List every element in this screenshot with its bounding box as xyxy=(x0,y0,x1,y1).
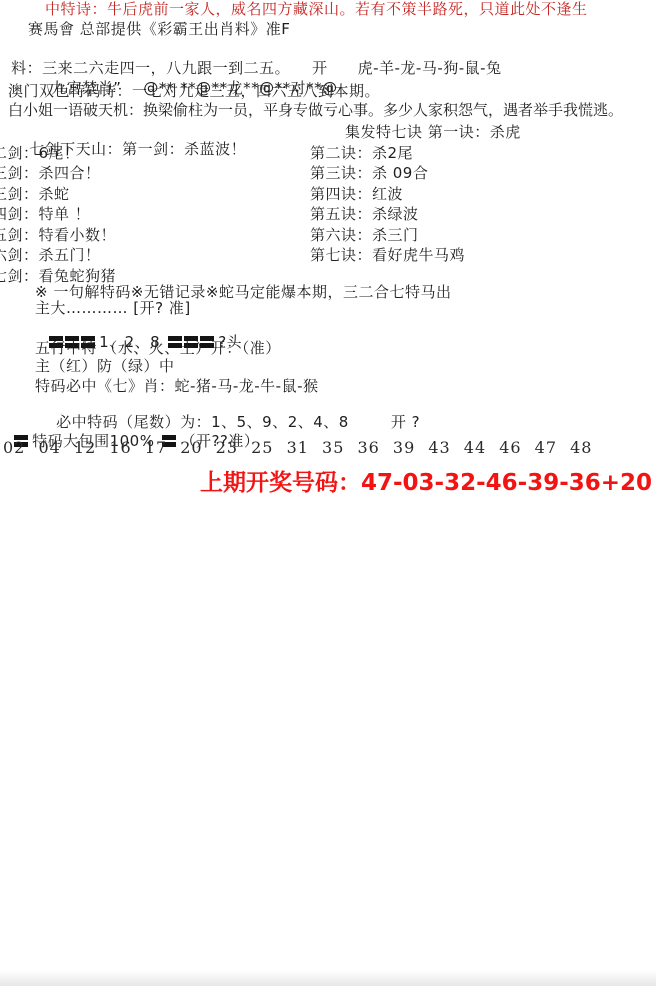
baixiaojie-line: 白小姐一语破天机：换梁偷柱为一员，平身专做亏心事。多少人家积怨气，遇者举手我慌逃… xyxy=(8,102,623,119)
sword-left: 五剑：特看小数！ xyxy=(0,227,116,244)
sword-left: 二剑：6尾！ xyxy=(0,145,80,162)
sword-left: 三剑：杀四合！ xyxy=(0,165,101,182)
mid-special-poem: 中特诗：牛后虎前一家人，威名四方藏深山。若有不策半路死，只道此处不逢生 xyxy=(45,1,588,18)
provider-line: 赛馬會 总部提供《彩霸王出肖料》准F xyxy=(28,21,290,38)
sword-right: 第五诀：杀绿波 xyxy=(310,206,419,223)
sword-right: 第三诀：杀 09合 xyxy=(310,165,428,182)
sword-left: 四剑：特单 ！ xyxy=(0,206,90,223)
sword-right: 第七诀：看好虎牛马鸡 xyxy=(310,247,465,264)
zhuda-line: 主大………… [开? 准] xyxy=(35,300,191,317)
sword-left: 三剑：杀蛇 xyxy=(0,186,70,203)
open-result: 开 ? xyxy=(391,413,420,431)
seven-zodiac-line: 特码必中《七》肖：蛇-猪-马-龙-牛-鼠-猴 xyxy=(35,378,318,395)
bottom-scan-shadow xyxy=(0,970,656,986)
sword-left: 六剑：杀五门！ xyxy=(0,247,101,264)
sword-right: 第四诀：红波 xyxy=(310,186,403,203)
sword-right: 第六诀：杀三门 xyxy=(310,227,419,244)
last-draw-result: 上期开奖号码：47-03-32-46-39-36+20 xyxy=(200,475,652,492)
sword-title-right: 集发特七诀 第一诀：杀虎 xyxy=(345,124,521,141)
lottery-tip-sheet: 中特诗：牛后虎前一家人，威名四方藏深山。若有不策半路死，只道此处不逢生 赛馬會 … xyxy=(0,0,656,986)
wuxing-line: 五行中特 （水、火、土）开：（准） xyxy=(35,340,281,357)
zodiac-list: 虎-羊-龙-马-狗-鼠-兔 xyxy=(358,59,502,77)
covered-numbers-row: 02 04 12 16 17 20 23 25 31 35 36 39 43 4… xyxy=(3,439,592,456)
macau-poem-line: 澳门双色特码诗：一七对九走三五，四六五八到本期。 xyxy=(8,83,380,100)
color-wave-line: 主（红）防（绿）中 xyxy=(35,358,175,375)
sword-right: 第二诀：杀2尾 xyxy=(310,145,413,162)
